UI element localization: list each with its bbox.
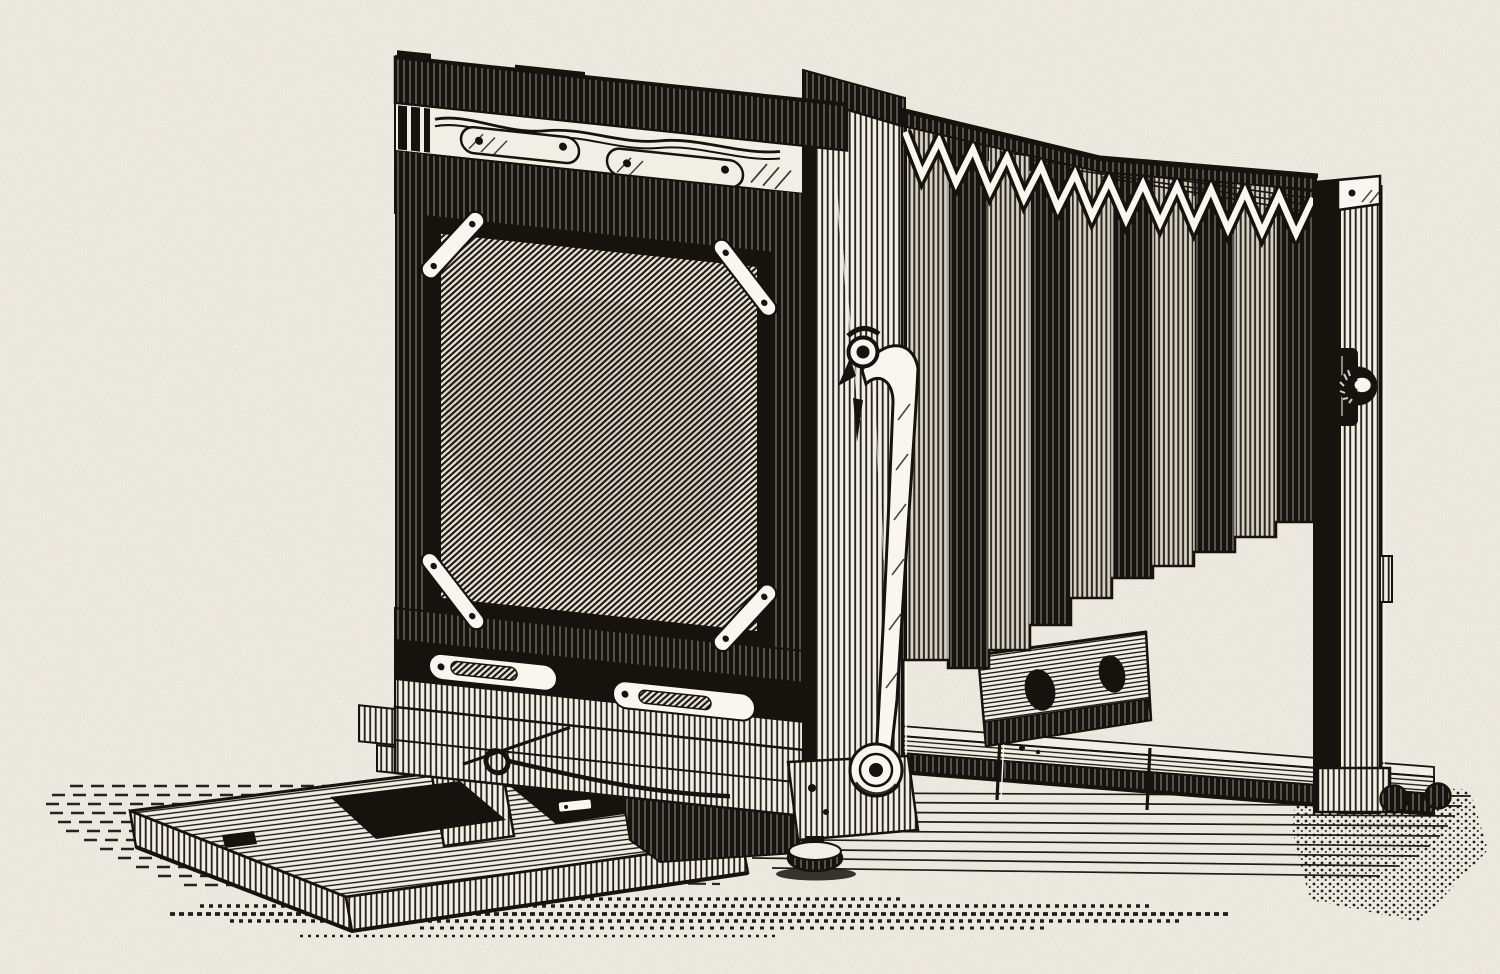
frame-side-sliver bbox=[803, 194, 811, 815]
camera-back bbox=[359, 46, 847, 820]
block-left-step bbox=[377, 745, 395, 773]
rear-plate-screw bbox=[1349, 190, 1356, 197]
rear-standard-dark-bar bbox=[1313, 183, 1340, 813]
block-left-step bbox=[359, 705, 395, 745]
frame-right-rail bbox=[773, 191, 803, 683]
rear-foot-cap bbox=[1381, 786, 1408, 813]
rear-standard-face bbox=[1340, 183, 1380, 813]
rail-end-cap bbox=[1426, 784, 1451, 809]
hinge-knuckle bbox=[411, 107, 420, 152]
foot-screw bbox=[808, 784, 816, 792]
clamp-head-hole bbox=[857, 346, 870, 359]
bed-catch bbox=[557, 798, 592, 812]
rail-screw bbox=[1036, 750, 1040, 754]
camera-engraving-figure: Antique folding-bed view camera with ext… bbox=[0, 0, 1500, 974]
hinge-knuckle bbox=[424, 108, 430, 153]
rail-screw bbox=[1019, 745, 1025, 751]
pleat-light-face bbox=[989, 135, 1030, 670]
frame-left-rail bbox=[395, 151, 425, 643]
boss-hub bbox=[869, 763, 883, 777]
rear-side-step bbox=[1380, 556, 1392, 602]
foot-screw bbox=[823, 809, 829, 815]
rear-standard-foot bbox=[1318, 768, 1390, 812]
foot-knob-rim bbox=[789, 842, 841, 860]
hinge-knuckle bbox=[398, 105, 407, 150]
rear-top-plate bbox=[1338, 176, 1380, 210]
